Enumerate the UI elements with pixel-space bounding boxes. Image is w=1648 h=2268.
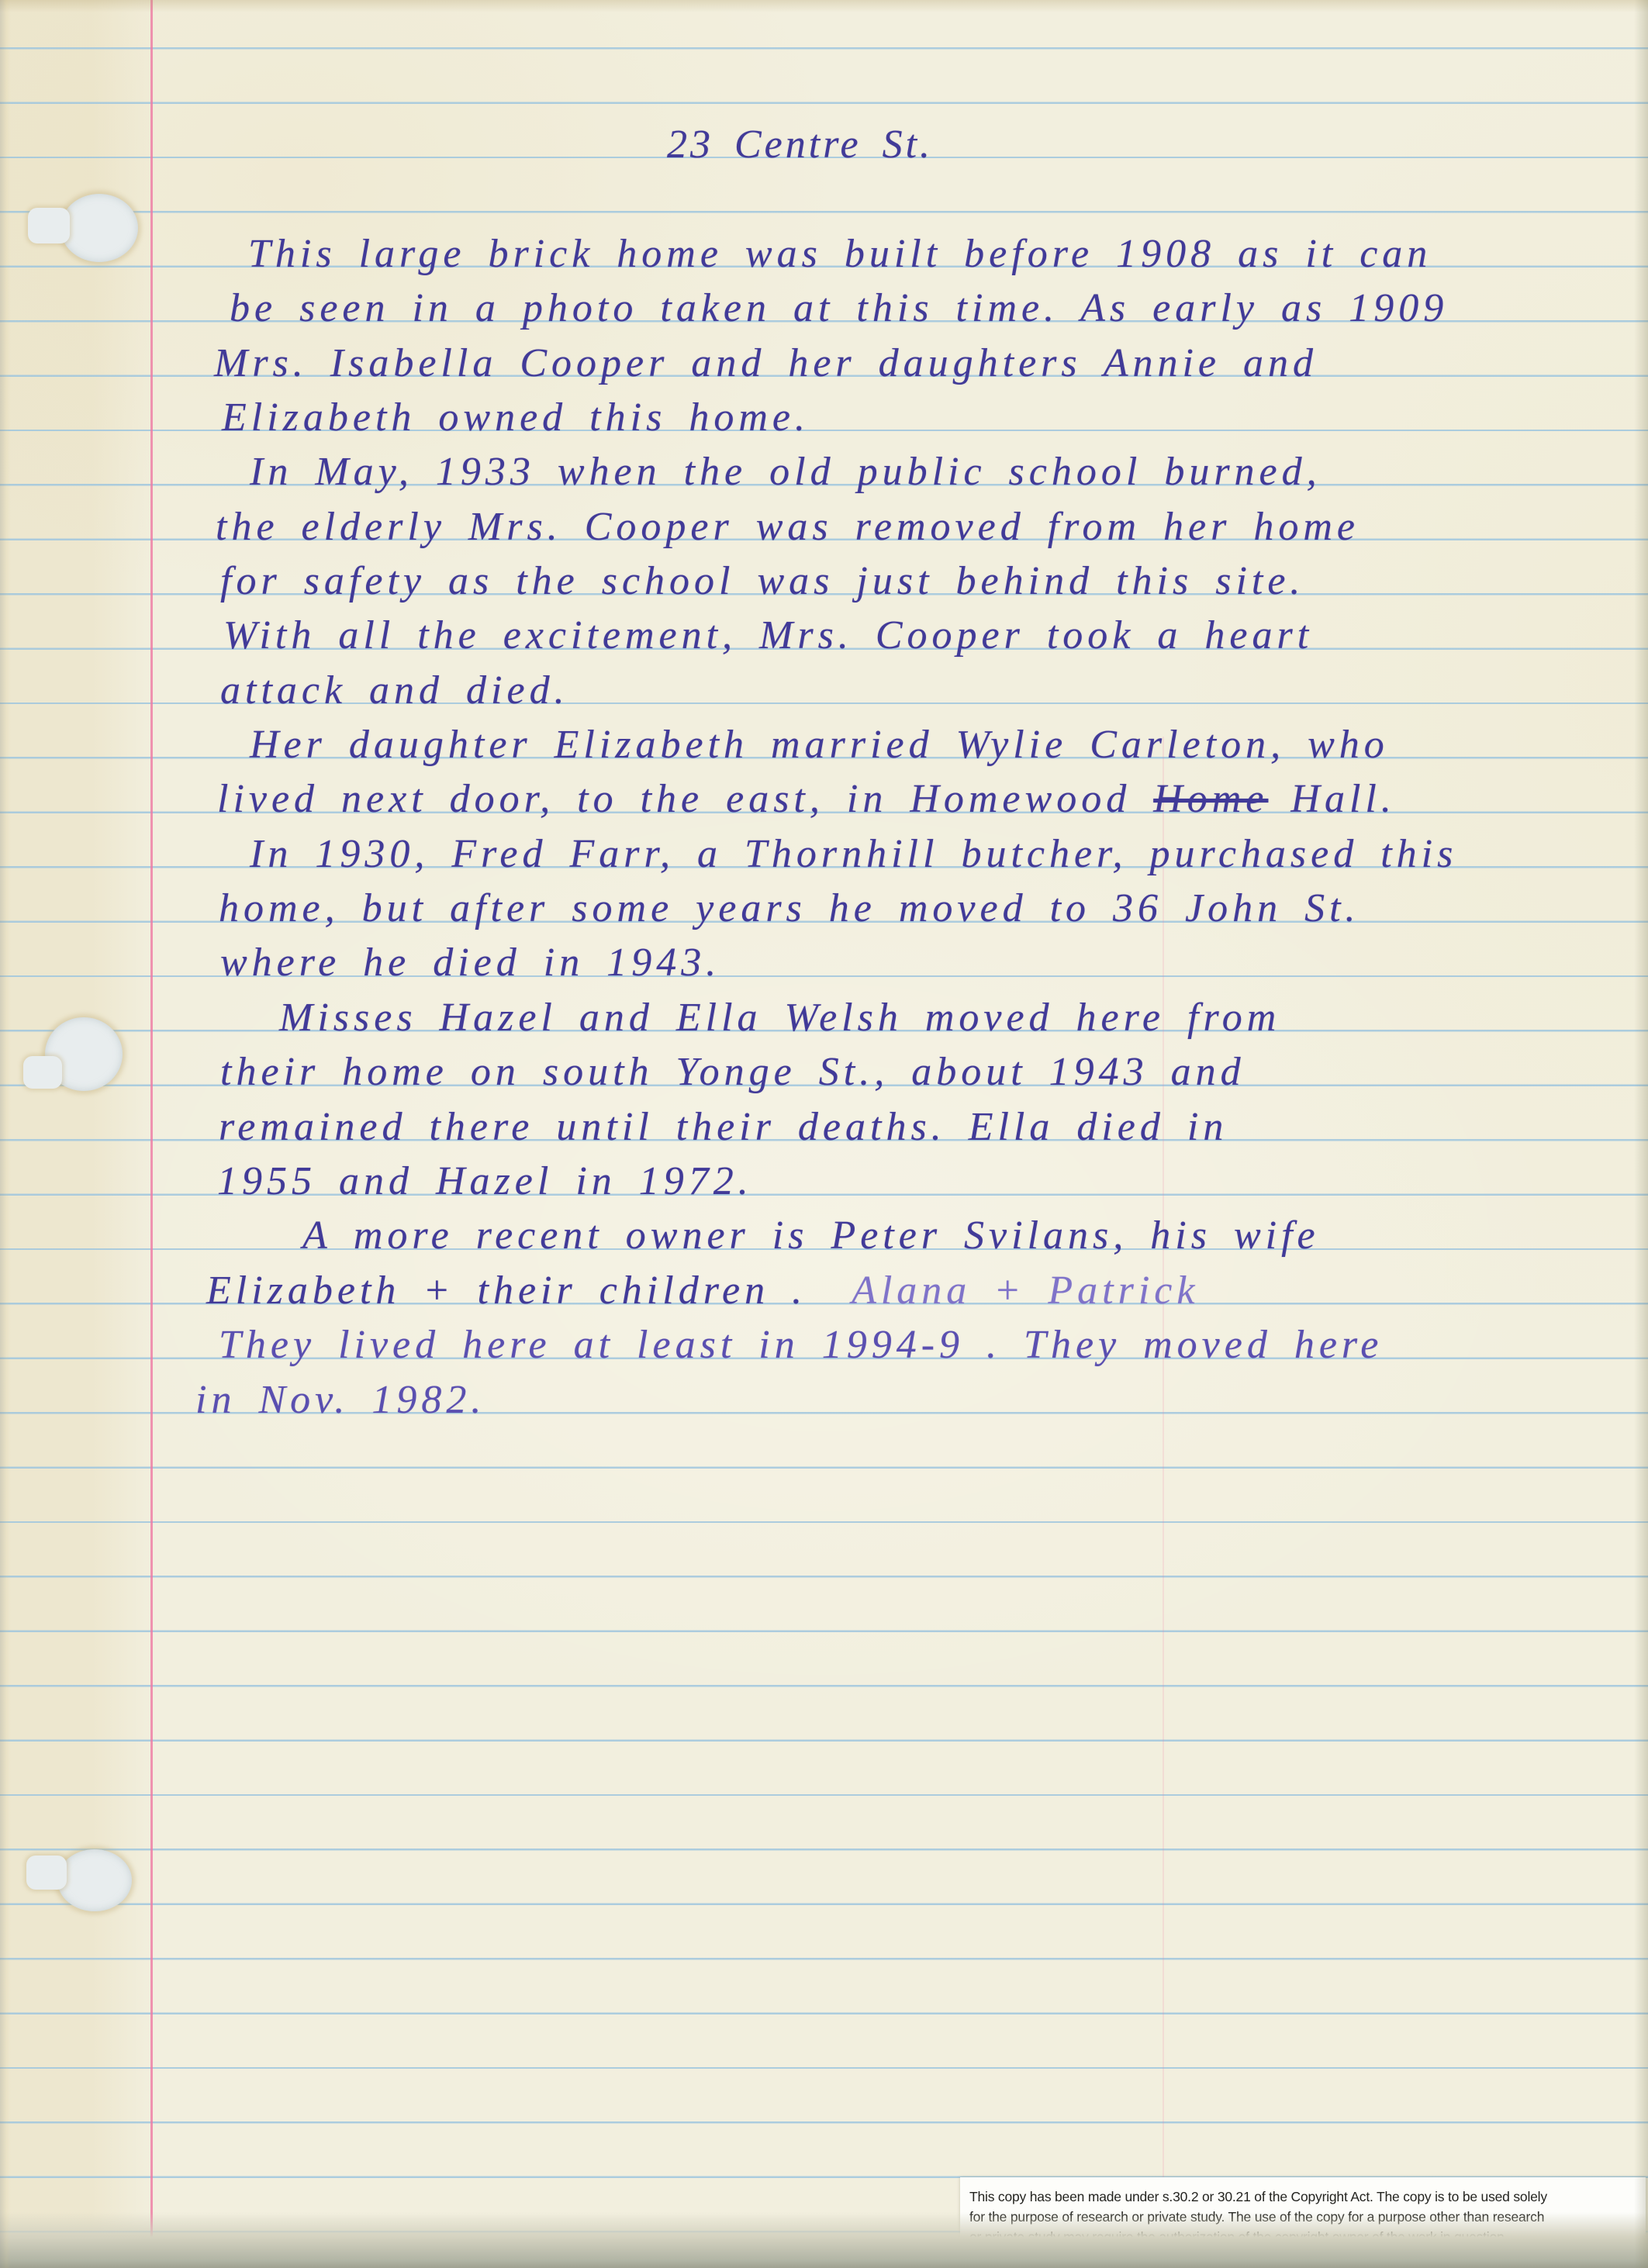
page-title: 23 Centre St.: [667, 122, 933, 170]
handwritten-line: Mrs. Isabella Cooper and her daughters A…: [214, 340, 1318, 388]
hole-punch: [60, 194, 138, 262]
scan-edge-left: [0, 0, 11, 2268]
handwritten-line: in Nov. 1982.: [195, 1377, 485, 1425]
handwritten-line: They lived here at least in 1994-9 . The…: [219, 1322, 1383, 1370]
handwritten-line: the elderly Mrs. Cooper was removed from…: [216, 504, 1360, 552]
hole-punch: [26, 1855, 67, 1890]
notebook-page: 23 Centre St. This large brick home was …: [0, 0, 1648, 2268]
hole-punch: [23, 1056, 62, 1089]
handwritten-line: Misses Hazel and Ella Welsh moved here f…: [279, 995, 1280, 1043]
handwritten-line: 1955 and Hazel in 1972.: [217, 1158, 753, 1206]
handwritten-line: Elizabeth + their children .Alana + Patr…: [206, 1268, 1199, 1316]
handwritten-line: In 1930, Fred Farr, a Thornhill butcher,…: [250, 831, 1457, 879]
line-text: Hall.: [1268, 777, 1395, 821]
handwritten-line: Elizabeth owned this home.: [222, 395, 810, 443]
scan-edge-right: [1634, 0, 1648, 2268]
hole-punch: [57, 1849, 132, 1911]
line-text: Elizabeth + their children .: [206, 1269, 807, 1313]
line-text: lived next door, to the east, in Homewoo…: [217, 777, 1153, 821]
handwritten-line: their home on south Yonge St., about 194…: [220, 1049, 1246, 1097]
handwritten-line: where he died in 1943.: [220, 940, 720, 988]
added-text: Alana + Patrick: [852, 1269, 1199, 1313]
handwritten-line: A more recent owner is Peter Svilans, hi…: [302, 1213, 1320, 1261]
handwritten-line: lived next door, to the east, in Homewoo…: [217, 776, 1396, 824]
handwritten-line: In May, 1933 when the old public school …: [250, 449, 1322, 497]
handwritten-line: attack and died.: [220, 668, 569, 716]
handwritten-line: Her daughter Elizabeth married Wylie Car…: [250, 722, 1389, 770]
handwritten-line: With all the excitement, Mrs. Cooper too…: [223, 613, 1313, 661]
scan-edge-top: [0, 0, 1648, 12]
stamp-line: This copy has been made under s.30.2 or …: [969, 2187, 1636, 2207]
handwritten-line: remained there until their deaths. Ella …: [219, 1104, 1228, 1152]
struck-word: Home: [1153, 777, 1268, 821]
margin-line: [150, 0, 153, 2268]
handwritten-line: This large brick home was built before 1…: [248, 231, 1432, 279]
handwritten-line: be seen in a photo taken at this time. A…: [230, 285, 1448, 333]
margin-line-bleed: [1163, 737, 1164, 2268]
scan-edge-bottom: [0, 2212, 1648, 2268]
handwritten-line: home, but after some years he moved to 3…: [219, 885, 1360, 934]
hole-punch: [28, 208, 70, 243]
handwritten-line: for safety as the school was just behind…: [220, 558, 1304, 606]
